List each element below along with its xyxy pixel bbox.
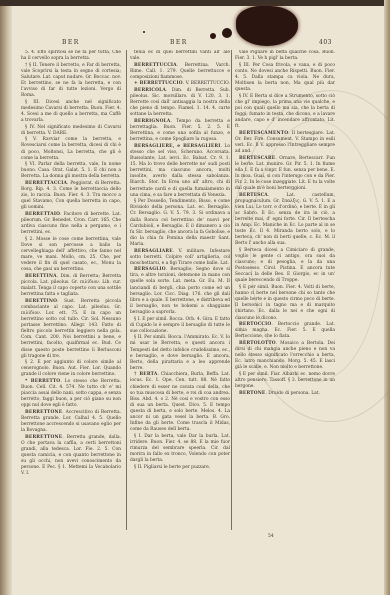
entry-text: . Sust. Berretta piccola combaciante al … [21,299,121,359]
dictionary-entry: † § II. Tenere il berretto, e Far di ber… [21,63,121,100]
entry-headword: BERETTINO [25,299,57,304]
column-left: 5. 4. Effo spiritosi se ne fa per tutta,… [21,50,121,530]
entry-headword: BERRIGNOLA [134,119,171,124]
dictionary-entry: § Per Dossello, Tendimento, Bisso, e com… [130,199,230,248]
entry-text: § E per simil. Fiar. Albarhi ec. nemo do… [235,372,335,389]
dictionary-entry: BERRETTONE. Berretta grande, dalla. O ch… [21,435,121,478]
dictionary-entry: BERTESCARE. Ornare, Bertescarr. Fun le b… [235,156,335,193]
entry-text: . Druido di persona. Lat. [265,391,319,396]
entry-headword: BERRETTAIO [25,212,60,217]
dictionary-entry: § II. Per simili. Bocca. l'Ammirato. Ec.… [130,335,230,372]
dictionary-entry: † BERTA. Chiacchiera, Burla, Beffa. Lat.… [130,372,230,433]
entry-text: § I. E per simil. Bocca. Orb. 4. Gira. E… [130,317,230,334]
entry-headword: * BERRETTO [25,379,60,384]
dictionary-entry: BERSAGLIARE. V. militare. Infestare sott… [130,249,230,267]
dictionary-entry: * BERRETTO. Lo stesso che Berretta. Buon… [21,379,121,409]
entry-text: § II. Pigliarsi le berte per puzzare, [134,465,210,470]
entry-text: § Per Dossello, Tendimento, Bisso, e com… [130,199,230,247]
column-right: vale Pigliare in beffa qualche cosa. Buo… [231,50,335,530]
entry-text: . V. BERRETTUCCIO. [183,81,230,86]
dictionary-entry: BERRETTAIO. Facitore di berrette. Lat. p… [21,212,121,236]
entry-text: § VI. Parlar della berretta, vale, In no… [21,162,121,179]
dictionary-entry: BERRIGNOLA. Tempo da berretta e berretta… [130,119,230,143]
entry-text: § IV. Nel significato medesimo di Cavars… [21,125,121,136]
entry-headword: BERTONE [239,391,265,396]
entry-text: § II. Per simili. Bocca. l'Ammirato. Ec.… [130,335,230,370]
ink-stain-drop [222,28,232,38]
entry-headword: BERRETTONE [25,435,62,440]
entry-headword: BERSAGLIO [134,267,166,272]
dictionary-entry: § V. Ravviar come la berretta, e Rovesci… [21,137,121,161]
entry-text: § IV. E Berta si dice a Strumento, sotto… [235,94,335,129]
entry-text: § V. Ravviar come la berretta, e Rovesci… [21,137,121,160]
dictionary-entry: § IV. Nel significato medesimo di Cavars… [21,125,121,137]
dictionary-entry: § I. Dar la berta, vale Dar la burla. La… [130,434,230,464]
entry-text: § 2. Mosse le cose come berrettina, vale… [21,237,121,272]
entry-text: § I. Dar la berta, vale Dar la burla. La… [130,434,230,463]
dictionary-entry: BERTESCAMENTO. Il bertesgiare. Lat. Or. … [235,131,335,155]
entry-text: vale Pigliare in beffa qualche cosa. Buo… [235,50,335,61]
running-header: BER BER 403 [20,39,330,49]
entry-headword: BERRICOLA [134,88,166,93]
dictionary-entry: § II. Pigliarsi le berte per puzzare, [130,465,230,471]
entry-headword: BERTOLOTTO [239,341,276,346]
dictionary-entry: BERRETTONE. Accrescitivo di Berretta. Be… [21,410,121,434]
ink-speck [143,31,145,33]
entry-headword: BERTESCAMENTO [239,131,288,136]
entry-headword: + BERRETTUCCIO [134,81,183,86]
dictionary-entry: BERETTINA. Dim. di Berretta; Berretta pi… [21,274,121,298]
page-binding-shadow [0,0,12,595]
dictionary-entry: BERRICOLA. Dim. di Berretta. Sub. pileol… [130,88,230,118]
dictionary-entry: § E per simil. Fiar. Albarhi ec. nemo do… [235,372,335,390]
entry-text: tenia ec di quei berrettini vanti all' a… [130,50,230,61]
entry-headword: BERRETTONE [25,410,62,415]
dictionary-entry: 5. 4. Effo spiritosi se ne fa per tutta,… [21,50,121,62]
entry-headword: BERTOCCIO [239,322,271,327]
entry-text: § 2. E per aggiunto di colore simile al … [21,360,121,377]
dictionary-entry: § I. E per simil. Bocca. Orb. 4. Gira. E… [130,317,230,335]
entry-headword: BERSAGLIERE, e BERSAGLIERI [134,144,221,149]
dictionary-entry: vale Pigliare in beffa qualche cosa. Buo… [235,50,335,62]
dictionary-entry: BERSAGLIERE, e BERSAGLIERI. Lo stesso ch… [130,144,230,199]
entry-headword: BERTESCARE [239,156,275,161]
entry-text: . Chiacchiera, Burla, Beffa. Lat. iocus.… [130,372,230,432]
running-head-left: BER [62,39,80,46]
running-head-center: BER [170,39,188,46]
entry-text: § Berteca dicesi a Cimiciaro di grande, … [235,248,335,283]
signature-mark: 54 [268,534,274,539]
dictionary-entry: § III. Dicesi anche nel significato mede… [21,100,121,124]
dictionary-entry: § E per simil. Buon. Fier. 4. Volti di b… [235,285,335,322]
entry-text: . Lat. castellum, propugnaculum. Gr. ἔπα… [235,193,335,247]
dictionary-entry: BERRETTUCCIA. Berrettina. Varch. Rime. C… [130,63,230,81]
page-number: 403 [319,39,332,46]
entry-headword: BERSAGLIARE [134,249,173,254]
dictionary-entry: tenia ec di quei berrettini vanti all' a… [130,50,230,62]
entry-text: § E per simil. Buon. Fier. 4. Volti di b… [235,285,335,320]
dictionary-entry: BERTOCCIO. Bertoccio grande. Lat. simia … [235,322,335,340]
entry-headword: BERRETTUCCIA [134,63,177,68]
dictionary-columns: 5. 4. Effo spiritosi se ne fa per tutta,… [21,50,331,530]
dictionary-entry: BERRETTACCIA. Peggiorat. di Berretta. Bo… [21,181,121,211]
dictionary-entry: BERTONE. Druido di persona. Lat. [235,391,335,397]
dictionary-entry: § VI. Parlar della berretta, vale, In no… [21,162,121,180]
entry-text: . Berretta grande, dalla. O che portava … [21,435,121,477]
dictionary-entry: BERETTINO. Sust. Berretta piccola combac… [21,299,121,360]
dictionary-entry: § 2. Mosse le cose come berrettina, vale… [21,237,121,274]
dictionary-entry: BERTOLOTTO. Mosaico a Bertola. Dei dirsi… [235,341,335,371]
column-middle: tenia ec di quei berrettini vanti all' a… [126,50,230,530]
entry-headword: BERETTINA [25,274,57,279]
entry-text: § III. Dicesi anche nel significato mede… [21,100,121,123]
entry-text: . Lo stesso che sel viso, Scheruno. Acco… [130,144,230,198]
entry-headword: † BERTA [134,372,157,377]
entry-headword: BERRETTACCIA [25,181,67,186]
entry-text: . Bersaglio; Segno dove si tira, e altre… [130,267,230,315]
dictionary-entry: § 2. E per aggiunto di colore simile al … [21,360,121,378]
dictionary-entry: BERSAGLIO. Bersaglio; Segno dove si tira… [130,267,230,316]
dictionary-entry: § IV. E Berta si dice a Strumento, sotto… [235,94,335,131]
dictionary-entry: § Berteca dicesi a Cimiciaro di grande, … [235,248,335,285]
entry-text: § III. Per Cosa frivola, e vana, e di po… [235,63,335,92]
entry-text: 5. 4. Effo spiritosi se ne fa per tutta,… [21,50,121,61]
dictionary-entry: BERTESCA. Lat. castellum, propugnaculum.… [235,193,335,248]
dictionary-entry: § III. Per Cosa frivola, e vana, e di po… [235,63,335,93]
entry-text: . Ornare, Bertescarr. Fun le berte. Lat.… [235,156,335,191]
entry-headword: BERTESCA [239,193,268,198]
entry-text: † § II. Tenere il berretto, e Far di ber… [21,63,121,98]
dictionary-entry: + BERRETTUCCIO. V. BERRETTUCCIO. [130,81,230,87]
